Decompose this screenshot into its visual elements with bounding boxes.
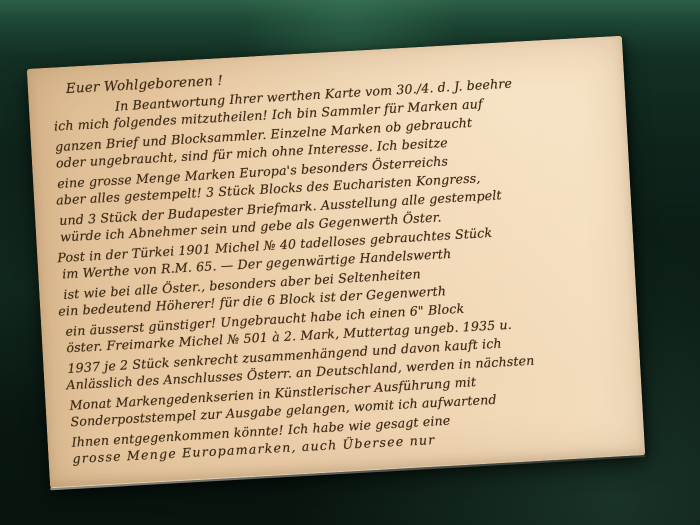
- postcard: Euer Wohlgeborenen !In Beantwortung Ihre…: [27, 36, 646, 489]
- handwriting: Euer Wohlgeborenen !In Beantwortung Ihre…: [27, 36, 646, 489]
- photo-background: Euer Wohlgeborenen !In Beantwortung Ihre…: [0, 0, 700, 525]
